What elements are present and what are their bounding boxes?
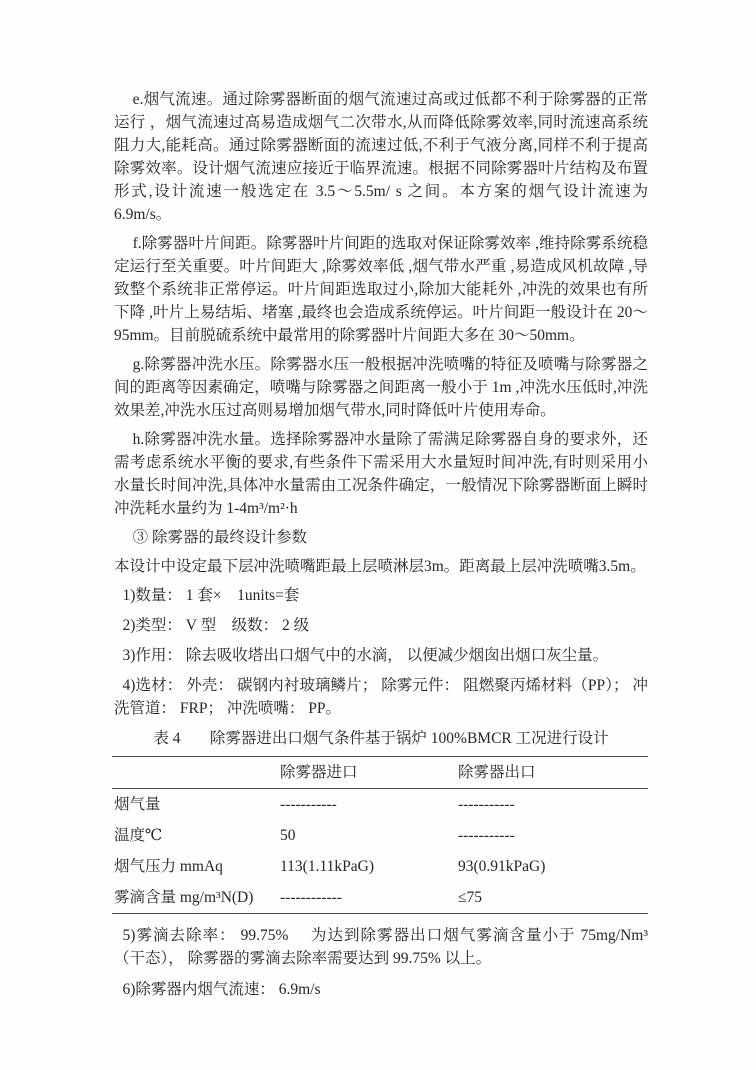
paragraph-blade-spacing: f.除雾器叶片间距。除雾器叶片间距的选取对保证除雾效率 ,维持除雾系统稳定运行至… (114, 232, 648, 347)
note-mist-removal-rate: 5)雾滴去除率： 99.75% 为达到除雾器出口烟气雾滴含量小于 75mg/Nm… (114, 924, 648, 970)
row-label: 雾滴含量 mg/m³N(D) (112, 882, 280, 914)
table-row-flue-gas-volume: 烟气量 ----------- ----------- (112, 789, 648, 821)
item-type: 2)类型： V 型 级数： 2 级 (114, 614, 648, 637)
table-row-gas-pressure: 烟气压力 mmAq 113(1.11kPaG) 93(0.91kPaG) (112, 851, 648, 882)
paragraph-flue-gas-velocity: e.烟气流速。通过除雾器断面的烟气流速过高或过低都不利于除雾器的正常运行 ，烟气… (114, 88, 648, 226)
outlet-value: 93(0.91kPaG) (458, 851, 648, 882)
row-label: 温度℃ (112, 820, 280, 851)
section-heading-final-design-params: ③ 除雾器的最终设计参数 (114, 526, 648, 549)
note-gas-velocity: 6)除雾器内烟气流速： 6.9m/s (114, 978, 648, 1001)
item-material: 4)选材： 外壳： 碳钢内衬玻璃鳞片； 除雾元件： 阻燃聚丙烯材料（PP）； 冲… (114, 674, 648, 720)
table-header-row: 除雾器进口 除雾器出口 (112, 757, 648, 789)
table-row-mist-content: 雾滴含量 mg/m³N(D) ------------ ≤75 (112, 882, 648, 914)
outlet-value: ≤75 (458, 882, 648, 914)
col-header-demister-outlet: 除雾器出口 (458, 757, 648, 789)
table-row-temperature: 温度℃ 50 ----------- (112, 820, 648, 851)
outlet-value: ----------- (458, 820, 648, 851)
outlet-value: ----------- (458, 789, 648, 821)
notes-section: 5)雾滴去除率： 99.75% 为达到除雾器出口烟气雾滴含量小于 75mg/Nm… (114, 924, 648, 1001)
item-quantity: 1)数量： 1 套× 1units=套 (114, 584, 648, 607)
paragraph-flush-water-volume: h.除雾器冲洗水量。选择除雾器冲水量除了需满足除雾器自身的要求外，还需考虑系统水… (114, 428, 648, 520)
row-label: 烟气量 (112, 789, 280, 821)
design-intro: 本设计中设定最下层冲洗喷嘴距最上层喷淋层3m。距离最上层冲洗喷嘴3.5m。 (114, 555, 648, 578)
inlet-value: 50 (280, 820, 458, 851)
col-header-empty (112, 757, 280, 789)
table-caption: 表 4除雾器进出口烟气条件基于锅炉 100%BMCR 工况进行设计 (114, 727, 648, 750)
inlet-value: 113(1.11kPaG) (280, 851, 458, 882)
table-caption-label: 表 4 (153, 730, 180, 747)
paragraph-flush-water-pressure: g.除雾器冲洗水压。除雾器水压一般根据冲洗喷嘴的特征及喷嘴与除雾器之间的距离等因… (114, 353, 648, 422)
inlet-value: ------------ (280, 882, 458, 914)
item-function: 3)作用： 除去吸收塔出口烟气中的水滴， 以便减少烟囱出烟口灰尘量。 (114, 644, 648, 667)
document-page: e.烟气流速。通过除雾器断面的烟气流速过高或过低都不利于除雾器的正常运行 ，烟气… (0, 0, 756, 1070)
table-caption-text: 除雾器进出口烟气条件基于锅炉 100%BMCR 工况进行设计 (210, 730, 609, 747)
inlet-value: ----------- (280, 789, 458, 821)
col-header-demister-inlet: 除雾器进口 (280, 757, 458, 789)
flue-gas-conditions-table: 除雾器进口 除雾器出口 烟气量 ----------- ----------- … (112, 756, 648, 914)
row-label: 烟气压力 mmAq (112, 851, 280, 882)
document-content: e.烟气流速。通过除雾器断面的烟气流速过高或过低都不利于除雾器的正常运行 ，烟气… (114, 88, 648, 1009)
